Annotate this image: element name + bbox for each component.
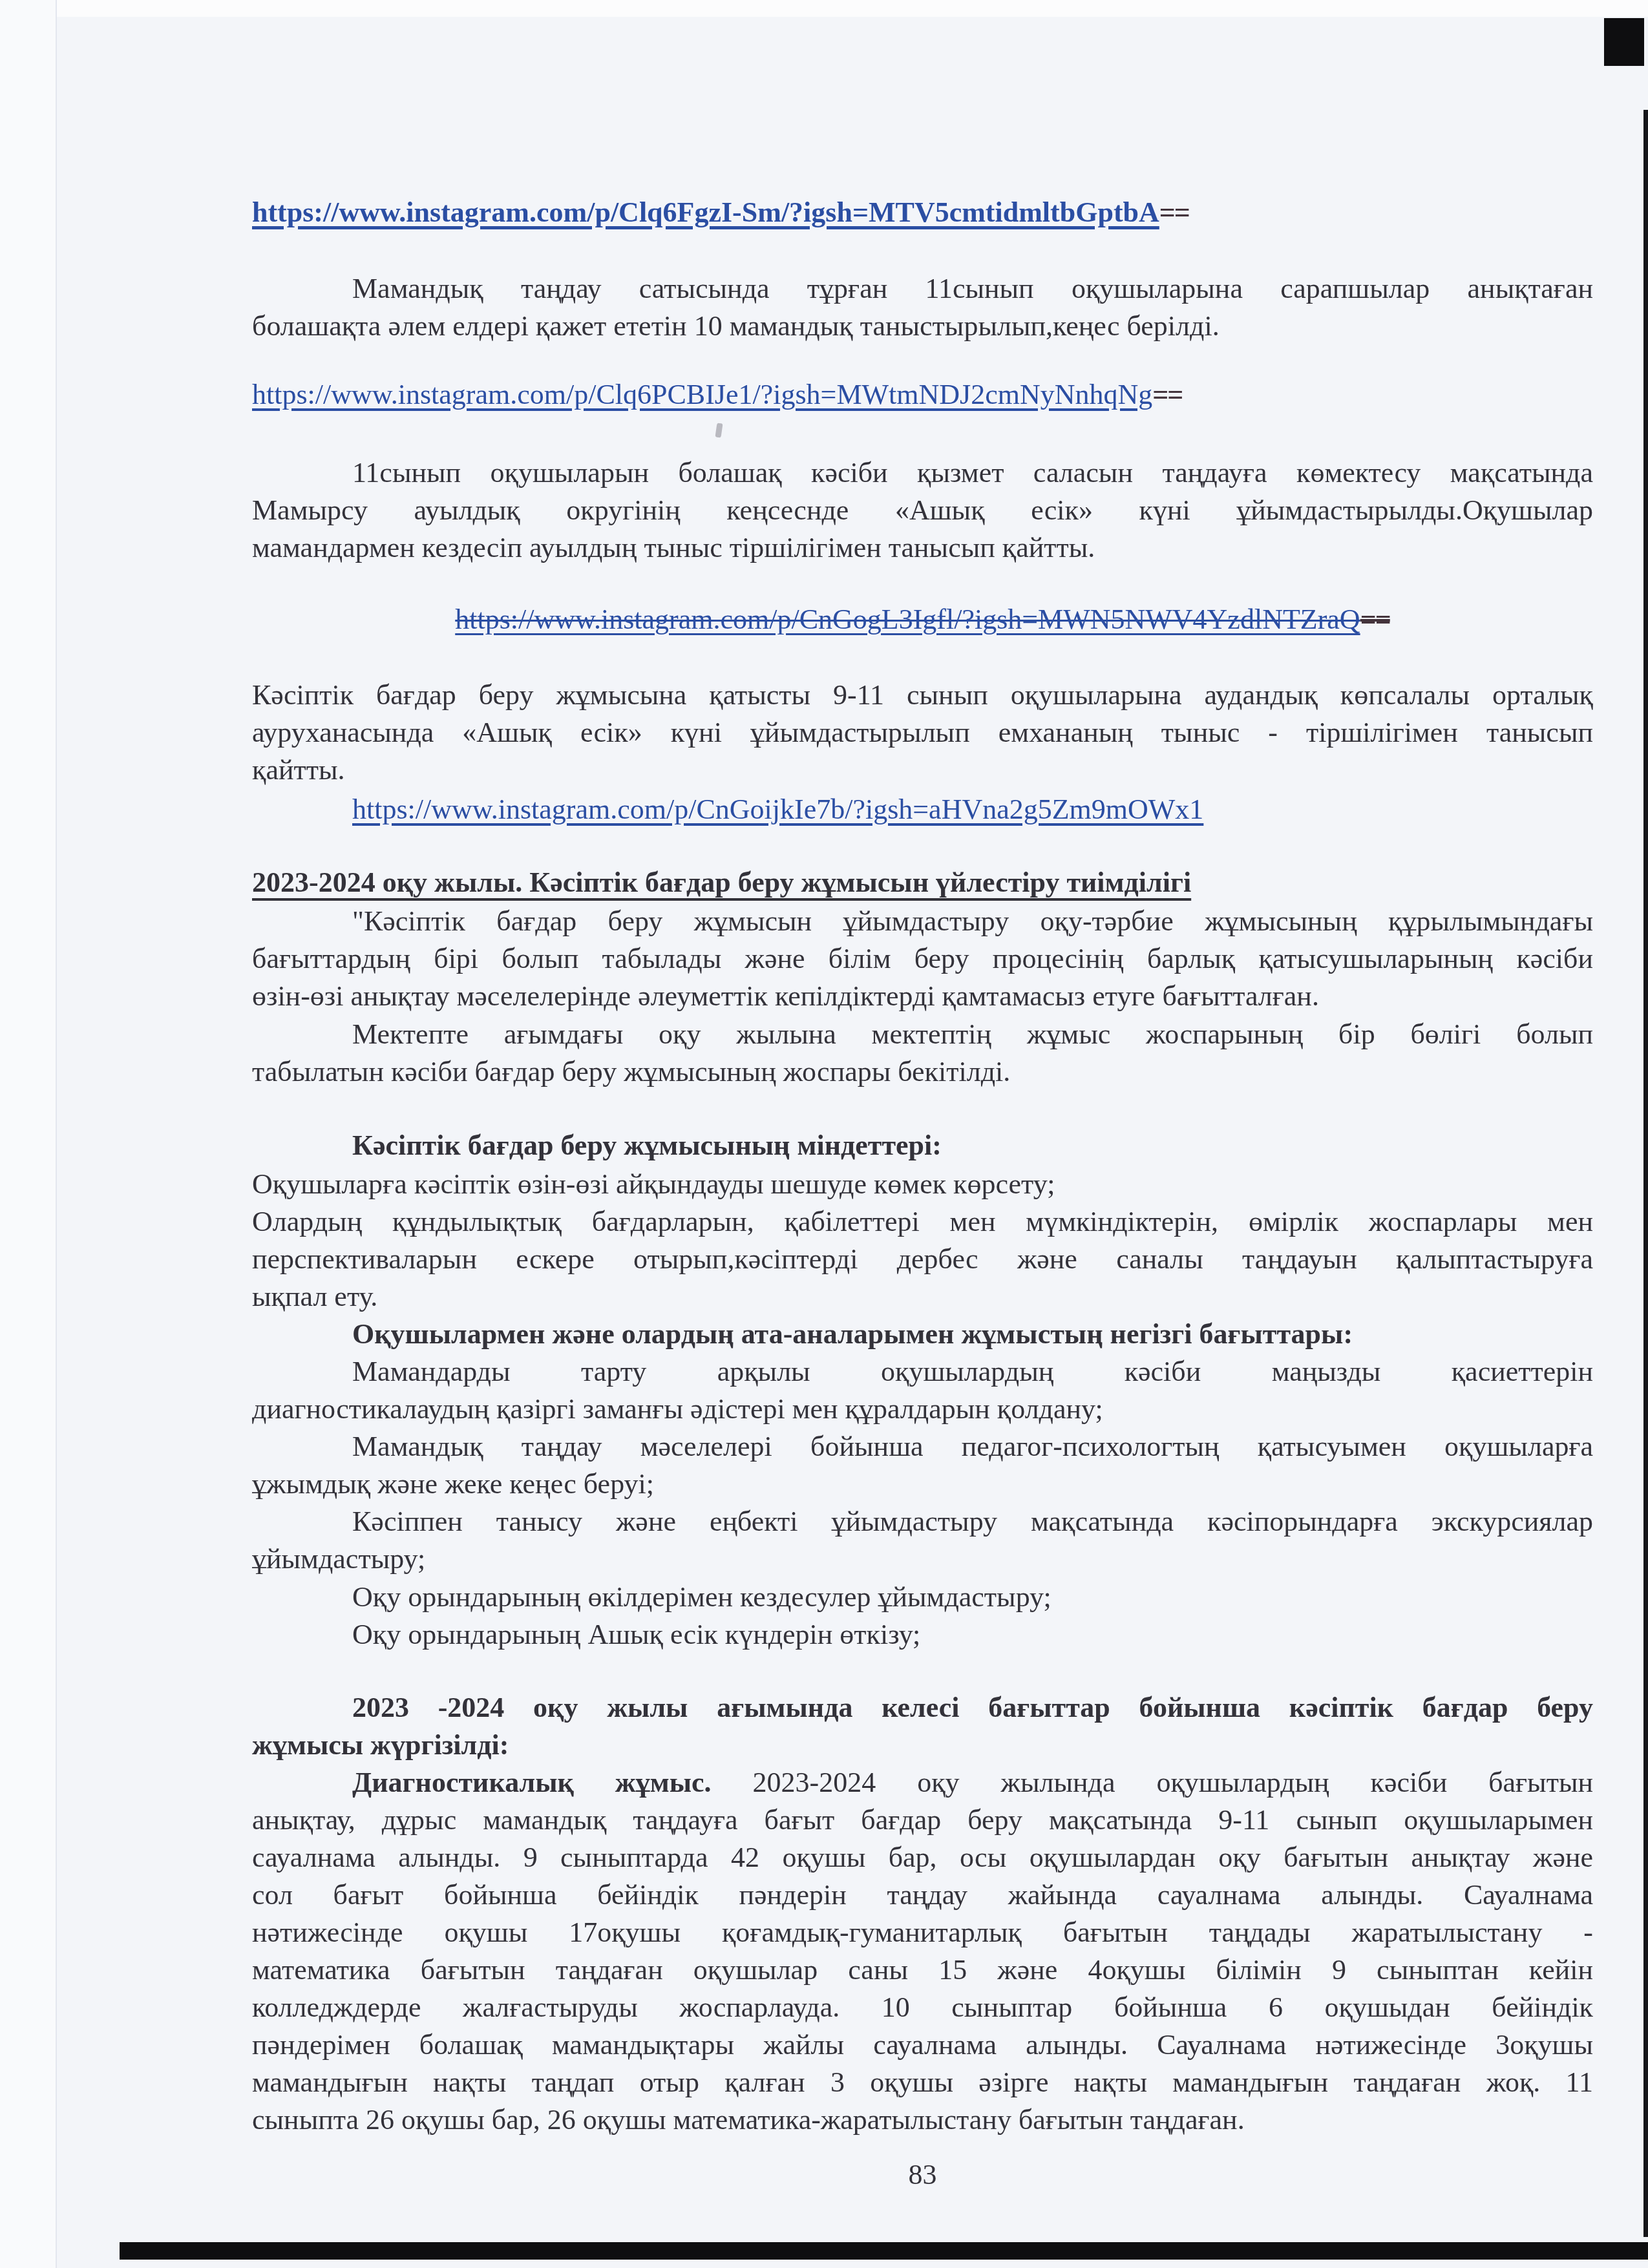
paragraph-line: Мамандық таңдау мәселелері бойынша педаг… <box>252 1428 1593 1465</box>
paragraph-line: Кәсіппен танысу және еңбекті ұйымдастыру… <box>252 1503 1593 1540</box>
paragraph-line: табылатын кәсіби бағдар беру жұмысының ж… <box>252 1053 1593 1091</box>
paragraph-line: болашақта әлем елдері қажет ететін 10 ма… <box>252 308 1593 345</box>
paragraph-line: Диагностикалық жұмыс. 2023-2024 оқу жылы… <box>252 1764 1593 1801</box>
paragraph-line: Олардың құндылықтық бағдарларын, қабілет… <box>252 1203 1593 1241</box>
paragraph-line: пәндерімен болашақ мамандықтары жайлы са… <box>252 2026 1593 2064</box>
paragraph-2: 11сынып оқушыларын болашақ кәсіби қызмет… <box>252 454 1593 567</box>
paragraph-10-bold: 2023 -2024 оқу жылы ағымында келесі бағы… <box>252 1689 1593 1764</box>
paragraph-line: қайтты. <box>252 751 1593 789</box>
paragraph-line: нәтижесінде оқушы 17оқушы қоғамдық-гуман… <box>252 1914 1593 1951</box>
paragraph-5: Мектепте ағымдағы оқу жылына мектептің ж… <box>252 1016 1593 1091</box>
scan-left-margin-edge <box>0 0 57 2268</box>
subheading-directions: Оқушылармен және олардың ата-аналарымен … <box>252 1316 1593 1353</box>
paragraph-3: Кәсіптік бағдар беру жұмысына қатысты 9-… <box>252 677 1593 789</box>
paragraph-4: "Кәсіптік бағдар беру жұмысын ұйымдастыр… <box>252 903 1593 1015</box>
paragraph-line: Мамандық таңдау сатысында тұрған 11сынып… <box>252 270 1593 308</box>
task-line-1: Оқушыларға кәсіптік өзін-өзі айқындауды … <box>252 1166 1593 1203</box>
paragraph-line: сол бағыт бойынша бейіндік пәндерін таңд… <box>252 1876 1593 1914</box>
paragraph-line-text: 2023-2024 оқу жылында оқушылардың кәсіби… <box>753 1767 1593 1798</box>
paragraph-line: математика бағытын таңдаған оқушылар сан… <box>252 1951 1593 1989</box>
link-1-suffix: == <box>1159 196 1189 228</box>
paragraph-11-diagnostics: Диагностикалық жұмыс. 2023-2024 оқу жылы… <box>252 1764 1593 2139</box>
scan-artifact-top-right <box>1604 18 1644 66</box>
paragraph-1: Мамандық таңдау сатысында тұрған 11сынып… <box>252 270 1593 345</box>
paragraph-line: Кәсіптік бағдар беру жұмысына қатысты 9-… <box>252 677 1593 714</box>
paragraph-6: Олардың құндылықтық бағдарларын, қабілет… <box>252 1203 1593 1316</box>
paragraph-7: Мамандарды тарту арқылы оқушылардың кәсі… <box>252 1353 1593 1428</box>
diagnostics-label: Диагностикалық жұмыс. <box>352 1767 753 1798</box>
link-3-suffix: == <box>1360 604 1390 635</box>
instagram-link-4-row: https://www.instagram.com/p/CnGoijkIe7b/… <box>252 791 1593 828</box>
paragraph-line: Мектепте ағымдағы оқу жылына мектептің ж… <box>252 1016 1593 1053</box>
page-number: 83 <box>252 2156 1593 2194</box>
paragraph-line: ұжымдық және жеке кеңес беруі; <box>252 1465 1593 1503</box>
scan-artifact-bottom-bar <box>120 2242 1648 2260</box>
instagram-link-1-row: https://www.instagram.com/p/Clq6FgzI-Sm/… <box>252 194 1593 231</box>
document-content: https://www.instagram.com/p/Clq6FgzI-Sm/… <box>252 0 1593 2194</box>
paragraph-9: Кәсіппен танысу және еңбекті ұйымдастыру… <box>252 1503 1593 1578</box>
instagram-link-3-strikethrough[interactable]: https://www.instagram.com/p/CnGogL3Igfl/… <box>455 604 1360 635</box>
paragraph-line: ықпал ету. <box>252 1278 1593 1316</box>
link-2-suffix: == <box>1152 379 1182 410</box>
task-line-2: Оқу орындарының өкілдерімен кездесулер ұ… <box>252 1579 1593 1616</box>
scan-artifact-right-bar <box>1643 110 1648 2237</box>
paragraph-line: мамандығын нақты таңдап отыр қалған 3 оқ… <box>252 2064 1593 2101</box>
paragraph-line: диагностикалаудың қазіргі заманғы әдісте… <box>252 1391 1593 1428</box>
paragraph-line: ауруханасында «Ашық есік» күні ұйымдасты… <box>252 714 1593 751</box>
paragraph-line: ұйымдастыру; <box>252 1540 1593 1578</box>
instagram-link-2[interactable]: https://www.instagram.com/p/Clq6PCBIJe1/… <box>252 379 1152 410</box>
scanned-document-page: https://www.instagram.com/p/Clq6FgzI-Sm/… <box>0 0 1648 2268</box>
paragraph-line: мамандармен кездесіп ауылдың тыныс тірші… <box>252 529 1593 567</box>
paragraph-line: Мамырсу ауылдық округінің кеңсеснде «Ашы… <box>252 492 1593 529</box>
paragraph-line: сыныпта 26 оқушы бар, 26 оқушы математик… <box>252 2101 1593 2139</box>
instagram-link-4[interactable]: https://www.instagram.com/p/CnGoijkIe7b/… <box>352 793 1203 825</box>
section-heading-row: 2023-2024 оқу жылы. Кәсіптік бағдар беру… <box>252 864 1593 901</box>
paragraph-line: өзін-өзі анықтау мәселелерінде әлеуметті… <box>252 978 1593 1015</box>
paragraph-8: Мамандық таңдау мәселелері бойынша педаг… <box>252 1428 1593 1503</box>
instagram-link-1[interactable]: https://www.instagram.com/p/Clq6FgzI-Sm/… <box>252 196 1159 228</box>
instagram-link-2-row: https://www.instagram.com/p/Clq6PCBIJe1/… <box>252 376 1593 414</box>
subheading-tasks: Кәсіптік бағдар беру жұмысының міндеттер… <box>252 1127 1593 1164</box>
paragraph-line: "Кәсіптік бағдар беру жұмысын ұйымдастыр… <box>252 903 1593 940</box>
section-heading: 2023-2024 оқу жылы. Кәсіптік бағдар беру… <box>252 866 1191 898</box>
paragraph-line: сауалнама алынды. 9 сыныптарда 42 оқушы … <box>252 1839 1593 1876</box>
paragraph-line: перспективаларын ескере отырып,кәсіптерд… <box>252 1241 1593 1278</box>
paragraph-line: 11сынып оқушыларын болашақ кәсіби қызмет… <box>252 454 1593 492</box>
task-line-3: Оқу орындарының Ашық есік күндерін өткіз… <box>252 1616 1593 1654</box>
paragraph-line: бағыттардың бірі болып табылады және біл… <box>252 940 1593 978</box>
paragraph-line: 2023 -2024 оқу жылы ағымында келесі бағы… <box>252 1689 1593 1727</box>
paragraph-line: жұмысы жүргізілді: <box>252 1727 1593 1764</box>
paragraph-line: анықтау, дұрыс мамандық таңдауға бағыт б… <box>252 1801 1593 1839</box>
paragraph-line: колледждерде жалғастыруды жоспарлауда. 1… <box>252 1989 1593 2026</box>
instagram-link-3-row: https://www.instagram.com/p/CnGogL3Igfl/… <box>252 601 1593 638</box>
paragraph-line: Мамандарды тарту арқылы оқушылардың кәсі… <box>252 1353 1593 1391</box>
